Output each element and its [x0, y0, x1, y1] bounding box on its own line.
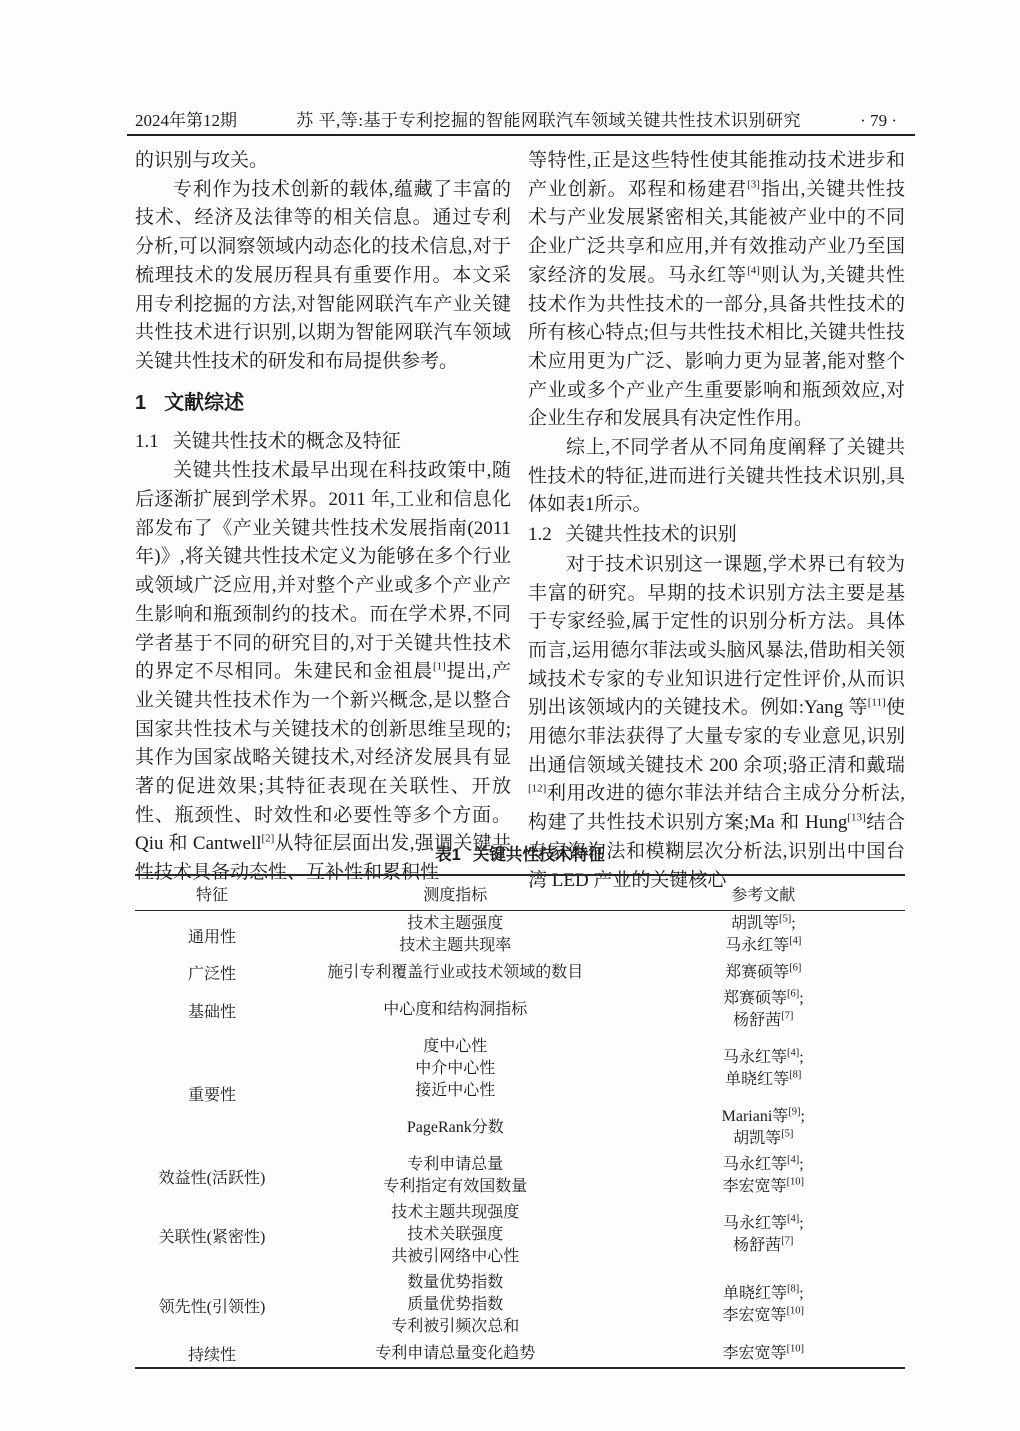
reference-line: 李宏宽等[10]: [622, 1176, 905, 1198]
feature-cell: 关联性(紧密性): [135, 1202, 289, 1268]
reference-line: 杨舒茜[7]: [622, 1235, 905, 1257]
column-header-indicator: 测度指标: [289, 882, 622, 905]
indicators-cell: 技术主题共现强度技术关联强度共被引网络中心性: [289, 1202, 622, 1268]
indicator-line: 技术主题共现强度: [289, 1202, 622, 1224]
references-cell: 马永红等[4];单晓红等[8]: [622, 1047, 905, 1091]
indicator-group: 度中心性中介中心性接近中心性马永红等[4];单晓红等[8]: [289, 1036, 905, 1102]
section-number: 1: [135, 392, 146, 414]
indicators-cell: PageRank分数: [289, 1117, 622, 1139]
references-cell: 胡凯等[5];马永红等[4]: [622, 913, 905, 957]
section-title: 关键共性技术的识别: [566, 524, 737, 545]
indicator-line: PageRank分数: [289, 1117, 622, 1139]
references-cell: 郑赛硕等[6];杨舒茜[7]: [622, 988, 905, 1032]
indicator-line: 数量优势指数: [289, 1272, 622, 1294]
reference-line: Mariani等[9];: [622, 1106, 905, 1128]
section-heading-1.2: 1.2关键共性技术的识别: [528, 521, 905, 550]
feature-cell: 基础性: [135, 988, 289, 1032]
indicator-line: 施引专利覆盖行业或技术领域的数目: [289, 962, 622, 984]
table-caption-label: 表1: [435, 846, 461, 864]
table-caption: 表1关键共性技术特征: [135, 841, 905, 865]
table-row: 通用性技术主题强度技术主题共现率胡凯等[5];马永红等[4]: [135, 911, 905, 959]
reference-line: 单晓红等[8]: [622, 1069, 905, 1091]
feature-cell: 广泛性: [135, 961, 289, 984]
reference-line: 胡凯等[5]: [622, 1128, 905, 1150]
indicators-cell: 专利申请总量专利指定有效国数量: [289, 1154, 622, 1198]
indicator-group: 技术主题共现强度技术关联强度共被引网络中心性马永红等[4];杨舒茜[7]: [289, 1202, 905, 1268]
table-body: 通用性技术主题强度技术主题共现率胡凯等[5];马永红等[4]广泛性施引专利覆盖行…: [135, 911, 905, 1367]
reference-line: 郑赛硕等[6]: [622, 962, 905, 984]
references-cell: 郑赛硕等[6]: [622, 962, 905, 984]
indicator-line: 技术主题共现率: [289, 935, 622, 957]
column-header-feature: 特征: [135, 882, 289, 905]
references-cell: 马永红等[4];杨舒茜[7]: [622, 1213, 905, 1257]
section-number: 1.1: [135, 431, 159, 452]
table-row: 基础性中心度和结构洞指标郑赛硕等[6];杨舒茜[7]: [135, 986, 905, 1034]
indicators-cell: 数量优势指数质量优势指数专利被引频次总和: [289, 1272, 622, 1338]
indicator-line: 中心度和结构洞指标: [289, 999, 622, 1021]
indicator-group: 施引专利覆盖行业或技术领域的数目郑赛硕等[6]: [289, 962, 905, 984]
indicator-group: 中心度和结构洞指标郑赛硕等[6];杨舒茜[7]: [289, 988, 905, 1032]
paper-page: 2024年第12期 苏 平,等:基于专利挖掘的智能网联汽车领域关键共性技术识别研…: [0, 0, 1020, 1431]
feature-cell: 效益性(活跃性): [135, 1154, 289, 1198]
left-column: 的识别与攻关。专利作为技术创新的载体,蕴藏了丰富的技术、经济及法律等的相关信息。…: [135, 147, 511, 888]
references-cell: 李宏宽等[10]: [622, 1343, 905, 1365]
indicator-line: 接近中心性: [289, 1080, 622, 1102]
table-content: 特征 测度指标 参考文献 通用性技术主题强度技术主题共现率胡凯等[5];马永红等…: [135, 876, 905, 1369]
running-head: 2024年第12期 苏 平,等:基于专利挖掘的智能网联汽车领域关键共性技术识别研…: [135, 106, 897, 131]
section-title: 文献综述: [164, 392, 244, 414]
reference-line: 李宏宽等[10]: [622, 1343, 905, 1365]
references-cell: 单晓红等[8];李宏宽等[10]: [622, 1283, 905, 1327]
indicator-line: 技术关联强度: [289, 1224, 622, 1246]
right-paragraph-2: 综上,不同学者从不同角度阐释了关键共性技术的特征,进而进行关键共性技术识别,具体…: [528, 434, 905, 520]
indicator-line: 度中心性: [289, 1036, 622, 1058]
indicator-line: 专利申请总量: [289, 1154, 622, 1176]
reference-line: 马永红等[4];: [622, 1047, 905, 1069]
table-caption-text: 关键共性技术特征: [473, 846, 605, 864]
table-header-row: 特征 测度指标 参考文献: [135, 876, 905, 910]
table-row: 关联性(紧密性)技术主题共现强度技术关联强度共被引网络中心性马永红等[4];杨舒…: [135, 1200, 905, 1270]
indicators-cell: 中心度和结构洞指标: [289, 999, 622, 1021]
indicator-line: 技术主题强度: [289, 913, 622, 935]
table-row: 广泛性施引专利覆盖行业或技术领域的数目郑赛硕等[6]: [135, 959, 905, 986]
indicator-line: 共被引网络中心性: [289, 1246, 622, 1268]
feature-cell: 通用性: [135, 913, 289, 957]
section-number: 1.2: [528, 524, 552, 545]
reference-line: 马永红等[4];: [622, 1154, 905, 1176]
indicator-line: 专利申请总量变化趋势: [289, 1343, 622, 1365]
page-number: · 79 ·: [860, 111, 897, 131]
table-bottom-rule: [135, 1367, 905, 1369]
journal-issue: 2024年第12期: [135, 106, 237, 131]
reference-line: 郑赛硕等[6];: [622, 988, 905, 1010]
indicator-group: 技术主题强度技术主题共现率胡凯等[5];马永红等[4]: [289, 913, 905, 957]
indicator-group: 数量优势指数质量优势指数专利被引频次总和单晓红等[8];李宏宽等[10]: [289, 1272, 905, 1338]
references-cell: Mariani等[9];胡凯等[5]: [622, 1106, 905, 1150]
right-column: 等特性,正是这些特性使其能推动技术进步和产业创新。邓程和杨建君[3]指出,关键共…: [528, 147, 905, 895]
indicator-group: PageRank分数Mariani等[9];胡凯等[5]: [289, 1106, 905, 1150]
column-header-references: 参考文献: [622, 882, 905, 905]
indicators-cell: 施引专利覆盖行业或技术领域的数目: [289, 962, 622, 984]
feature-cell: 持续性: [135, 1342, 289, 1365]
indicators-cell: 专利申请总量变化趋势: [289, 1343, 622, 1365]
reference-line: 胡凯等[5];: [622, 913, 905, 935]
indicator-line: 中介中心性: [289, 1058, 622, 1080]
table-row: 重要性度中心性中介中心性接近中心性马永红等[4];单晓红等[8]PageRank…: [135, 1034, 905, 1152]
running-title: 苏 平,等:基于专利挖掘的智能网联汽车领域关键共性技术识别研究: [296, 106, 801, 131]
left-paragraph-2: 专利作为技术创新的载体,蕴藏了丰富的技术、经济及法律等的相关信息。通过专利分析,…: [135, 176, 511, 377]
indicator-line: 专利指定有效国数量: [289, 1176, 622, 1198]
header-rule: [127, 134, 915, 136]
feature-cell: 领先性(引领性): [135, 1272, 289, 1338]
reference-line: 单晓红等[8];: [622, 1283, 905, 1305]
left-paragraph-5: 关键共性技术最早出现在科技政策中,随后逐渐扩展到学术界。2011 年,工业和信息…: [135, 457, 511, 888]
table-row: 效益性(活跃性)专利申请总量专利指定有效国数量马永红等[4];李宏宽等[10]: [135, 1152, 905, 1200]
indicator-group: 专利申请总量专利指定有效国数量马永红等[4];李宏宽等[10]: [289, 1154, 905, 1198]
left-paragraph-1: 的识别与攻关。: [135, 147, 511, 176]
indicators-cell: 度中心性中介中心性接近中心性: [289, 1036, 622, 1102]
indicator-line: 质量优势指数: [289, 1294, 622, 1316]
reference-line: 李宏宽等[10]: [622, 1305, 905, 1327]
references-cell: 马永红等[4];李宏宽等[10]: [622, 1154, 905, 1198]
reference-line: 马永红等[4];: [622, 1213, 905, 1235]
feature-cell: 重要性: [135, 1036, 289, 1150]
section-heading-1.1: 1.1关键共性技术的概念及特征: [135, 428, 511, 457]
reference-line: 杨舒茜[7]: [622, 1010, 905, 1032]
indicators-cell: 技术主题强度技术主题共现率: [289, 913, 622, 957]
indicator-group: 专利申请总量变化趋势李宏宽等[10]: [289, 1343, 905, 1365]
table-1: 表1关键共性技术特征 特征 测度指标 参考文献 通用性技术主题强度技术主题共现率…: [135, 841, 905, 1369]
section-heading-1: 1文献综述: [135, 390, 511, 416]
right-paragraph-1: 等特性,正是这些特性使其能推动技术进步和产业创新。邓程和杨建君[3]指出,关键共…: [528, 147, 905, 434]
table-row: 领先性(引领性)数量优势指数质量优势指数专利被引频次总和单晓红等[8];李宏宽等…: [135, 1270, 905, 1340]
table-row: 持续性专利申请总量变化趋势李宏宽等[10]: [135, 1340, 905, 1367]
reference-line: 马永红等[4]: [622, 935, 905, 957]
section-title: 关键共性技术的概念及特征: [173, 431, 401, 452]
indicator-line: 专利被引频次总和: [289, 1316, 622, 1338]
